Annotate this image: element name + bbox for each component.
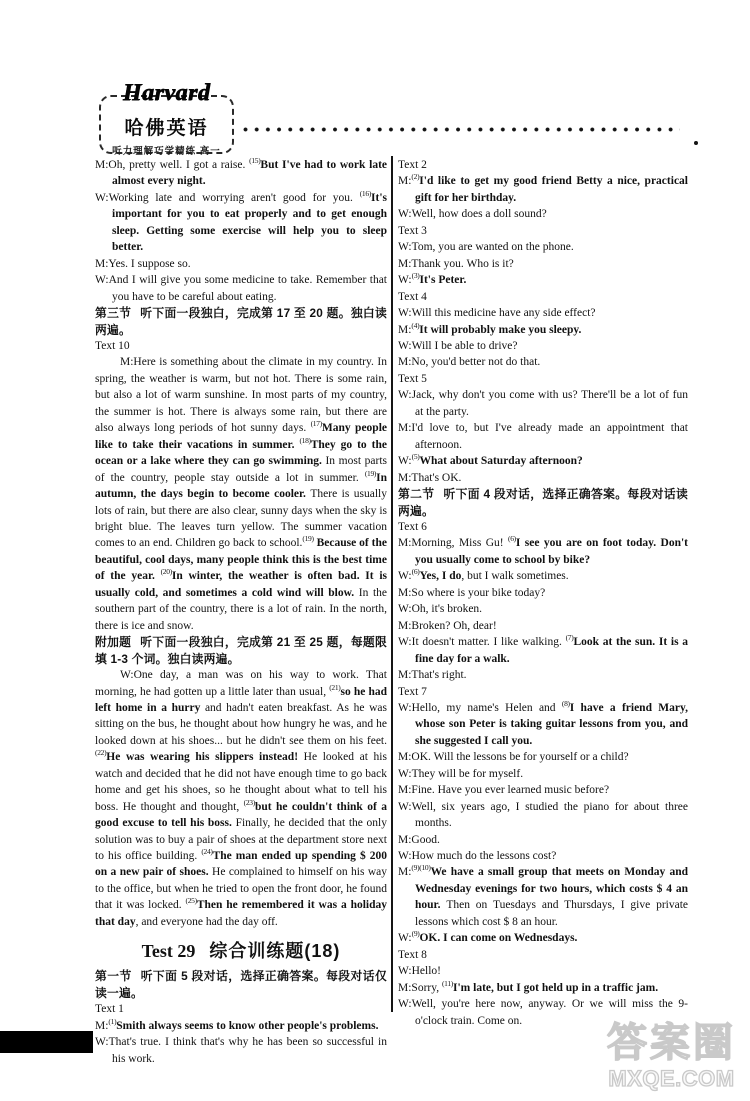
column-divider (391, 156, 393, 1012)
dialogue-line: W:Hello! (398, 963, 688, 979)
dialogue-line: W:Working late and worrying aren't good … (95, 190, 387, 256)
dialogue-line: M:(2)I'd like to get my good friend Bett… (398, 173, 688, 206)
scan-black-bar (0, 1031, 93, 1053)
dialogue-line: W:(9)OK. I can come on Wednesdays. (398, 930, 688, 946)
text-label: Text 8 (398, 947, 688, 963)
dialogue-line: W:That's true. I think that's why he has… (95, 1034, 387, 1067)
dialogue-line: M:OK. Will the lessons be for yourself o… (398, 749, 688, 765)
section-heading: 第一节听下面 5 段对话，选择正确答案。每段对话仅读一遍。 (95, 968, 387, 1001)
dialogue-line: M:Fine. Have you ever learned music befo… (398, 782, 688, 798)
text-label: Text 4 (398, 289, 688, 305)
text-label: Text 1 (95, 1001, 387, 1017)
text-label: Text 7 (398, 684, 688, 700)
dialogue-line: M:That's right. (398, 667, 688, 683)
dialogue-line: W:Will I be able to drive? (398, 338, 688, 354)
dialogue-line: M:No, you'd better not do that. (398, 354, 688, 370)
harvard-logo-box: Harvard 哈佛英语 听力理解巧学精练 高一 (99, 95, 234, 154)
dialogue-line: W:(5)What about Saturday afternoon? (398, 453, 688, 469)
watermark-brand: 答案圈 (593, 1020, 750, 1066)
stray-dot (694, 141, 698, 145)
dialogue-line: M:Broken? Oh, dear! (398, 618, 688, 634)
dialogue-line: M:That's OK. (398, 470, 688, 486)
watermark: 答案圈 MXQE.COM (593, 1020, 750, 1091)
harvard-logo-text: Harvard (101, 80, 232, 107)
text-label: Text 5 (398, 371, 688, 387)
dialogue-line: W:How much do the lessons cost? (398, 848, 688, 864)
dialogue-line: M:Sorry, (11)I'm late, but I got held up… (398, 980, 688, 996)
section-heading: 第二节听下面 4 段对话，选择正确答案。每段对话读两遍。 (398, 486, 688, 519)
section-heading: 第三节听下面一段独白，完成第 17 至 20 题。独白读两遍。 (95, 305, 387, 338)
dialogue-line: M:I'd love to, but I've already made an … (398, 420, 688, 453)
text-label: Text 10 (95, 338, 387, 354)
watermark-site: MXQE.COM (593, 1067, 750, 1091)
dialogue-line: W:And I will give you some medicine to t… (95, 272, 387, 305)
dialogue-line: M:Morning, Miss Gu! (6)I see you are on … (398, 535, 688, 568)
dialogue-line: W:They will be for myself. (398, 766, 688, 782)
dialogue-line: W:Jack, why don't you come with us? Ther… (398, 387, 688, 420)
test-title: Test 29综合训练题(18) (95, 939, 387, 963)
dialogue-line: M:Good. (398, 832, 688, 848)
dialogue-line: W:Will this medicine have any side effec… (398, 305, 688, 321)
text-label: Text 2 (398, 157, 688, 173)
right-column: Text 2M:(2)I'd like to get my good frien… (398, 157, 688, 1029)
dialogue-line: M:(1)Smith always seems to know other pe… (95, 1018, 387, 1034)
dialogue-line: W:Oh, it's broken. (398, 601, 688, 617)
dialogue-line: W:Well, how does a doll sound? (398, 206, 688, 222)
logo-tagline: 听力理解巧学精练 高一 (101, 143, 232, 157)
dialogue-line: M:So where is your bike today? (398, 585, 688, 601)
text-label: Text 3 (398, 223, 688, 239)
logo-chinese-title: 哈佛英语 (101, 113, 232, 140)
monologue-paragraph: W:One day, a man was on his way to work.… (95, 667, 387, 930)
dialogue-line: M:(4)It will probably make you sleepy. (398, 322, 688, 338)
dialogue-line: W:Hello, my name's Helen and (8)I have a… (398, 700, 688, 749)
monologue-paragraph: M:Here is something about the climate in… (95, 354, 387, 634)
dialogue-line: M:Yes. I suppose so. (95, 256, 387, 272)
section-heading: 附加题听下面一段独白，完成第 21 至 25 题，每题限填 1-3 个词。独白读… (95, 634, 387, 667)
dialogue-line: M:Thank you. Who is it? (398, 256, 688, 272)
dialogue-line: W:Tom, you are wanted on the phone. (398, 239, 688, 255)
dialogue-line: M:(9)(10)We have a small group that meet… (398, 864, 688, 930)
text-label: Text 6 (398, 519, 688, 535)
dialogue-line: W:(3)It's Peter. (398, 272, 688, 288)
dotted-rule (243, 127, 680, 132)
dialogue-line: W:(6)Yes, I do, but I walk sometimes. (398, 568, 688, 584)
left-column: M:Oh, pretty well. I got a raise. (15)Bu… (95, 157, 387, 1067)
dialogue-line: W:Well, six years ago, I studied the pia… (398, 799, 688, 832)
dialogue-line: W:It doesn't matter. I like walking. (7)… (398, 634, 688, 667)
dialogue-line: M:Oh, pretty well. I got a raise. (15)Bu… (95, 157, 387, 190)
scanned-textbook-page: { "header": { "logo_title": "Harvard", "… (0, 0, 750, 1101)
